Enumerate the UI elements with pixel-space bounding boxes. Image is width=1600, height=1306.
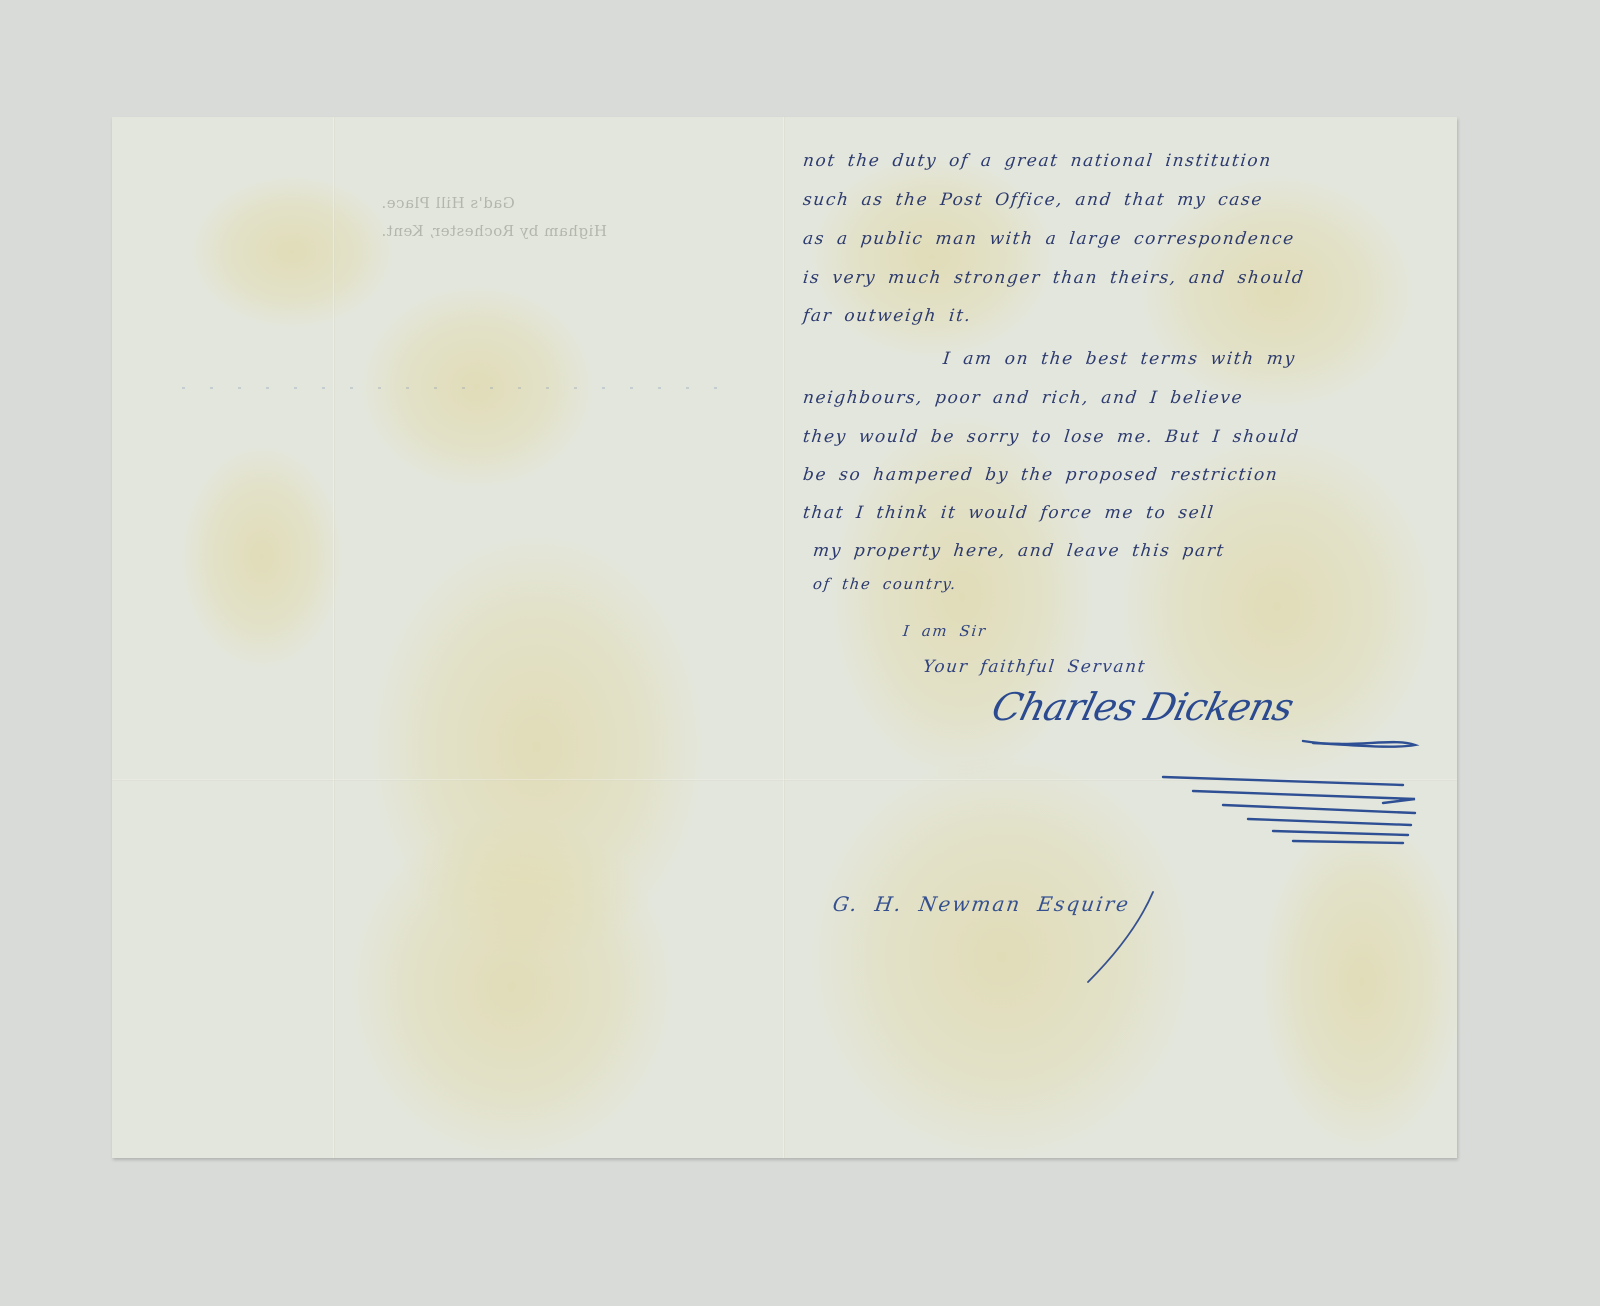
letter-line: of the country. (812, 575, 958, 593)
letterhead-line: Higham by Rochester, Kent. (381, 217, 607, 245)
letter-line: far outweigh it. (802, 306, 973, 326)
letter-line: I am on the best terms with my (942, 349, 1297, 369)
letter-line: as a public man with a large corresponde… (802, 229, 1296, 249)
letter-sheet: Gad's Hill Place. Higham by Rochester, K… (112, 117, 1457, 1158)
letter-line: they would be sorry to lose me. But I sh… (802, 427, 1301, 447)
signature-flourish-icon (1153, 727, 1423, 847)
left-page: Gad's Hill Place. Higham by Rochester, K… (112, 117, 783, 1158)
signature: Charles Dickens (988, 685, 1298, 729)
letter-line: is very much stronger than theirs, and s… (802, 268, 1306, 288)
closing-servant: Your faithful Servant (922, 657, 1147, 677)
letter-line: be so hampered by the proposed restricti… (802, 465, 1279, 485)
right-page: not the duty of a great national institu… (783, 117, 1457, 1158)
letter-line: neighbours, poor and rich, and I believe (802, 388, 1244, 408)
mirrored-letterhead: Gad's Hill Place. Higham by Rochester, K… (381, 189, 607, 245)
ink-bleed-through (182, 387, 722, 389)
closing-salutation: I am Sir (902, 622, 988, 640)
letter-line: not the duty of a great national institu… (802, 151, 1273, 171)
letterhead-line: Gad's Hill Place. (381, 189, 607, 217)
letter-line: that I think it would force me to sell (802, 503, 1216, 523)
letter-line: my property here, and leave this part (812, 541, 1226, 561)
pen-stroke-icon (1083, 887, 1163, 987)
letter-line: such as the Post Office, and that my cas… (802, 190, 1264, 210)
